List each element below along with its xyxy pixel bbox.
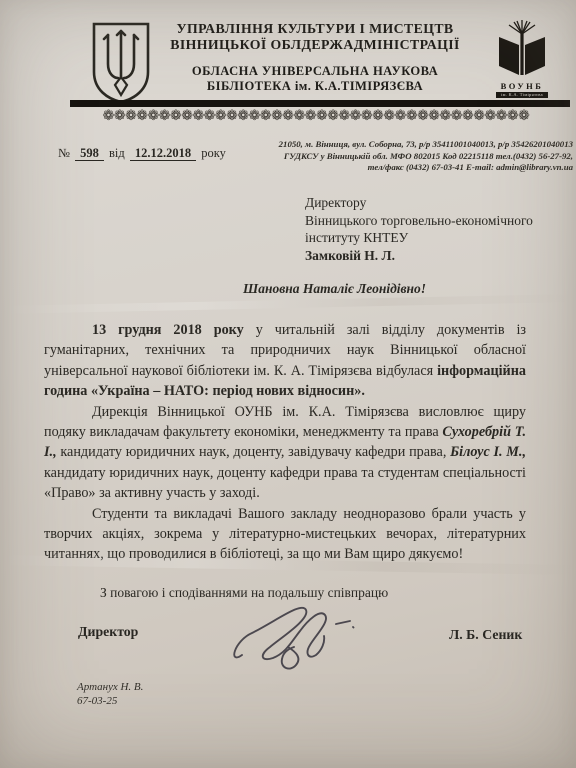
recipient-org: Вінницького торговельно-економічного [305, 212, 533, 230]
trident-emblem-icon [88, 20, 154, 106]
signer-title: Директор [78, 624, 138, 640]
org-name: УПРАВЛІННЯ КУЛЬТУРИ І МИСТЕЦТВ ВІННИЦЬКО… [156, 21, 474, 52]
recipient-block: Директору Вінницького торговельно-економ… [305, 194, 533, 264]
library-name-line2: БІБЛІОТЕКА ім. К.А.ТІМІРЯЗЄВА [156, 79, 474, 94]
paragraph-2: Дирекція Вінницької ОУНБ ім. К.А. Тіміря… [44, 402, 526, 504]
letter-body: 13 грудня 2018 року у читальній залі від… [44, 320, 526, 565]
org-name-line1: УПРАВЛІННЯ КУЛЬТУРИ І МИСТЕЦТВ [156, 21, 474, 37]
logo-caption: ім. К.А. Тімірязєва [496, 92, 548, 98]
contact-line-address: 21050, м. Вінниця, вул. Соборна, 73, р/р… [237, 139, 573, 151]
salutation: Шановна Наталіє Леонідівно! [243, 281, 426, 297]
ornament-border: ❁❁❁❁❁❁❁❁❁❁❁❁❁❁❁❁❁❁❁❁❁❁❁❁❁❁❁❁❁❁❁❁❁❁❁❁❁❁ [60, 108, 572, 130]
ref-no-label: № [58, 146, 70, 160]
recipient-role: Директору [305, 194, 533, 212]
contact-line-bank: ГУДКСУ у Вінницькій обл. МФО 802015 Код … [237, 151, 573, 163]
signer-name: Л. Б. Сеник [449, 627, 522, 643]
library-name-line1: ОБЛАСНА УНІВЕРСАЛЬНА НАУКОВА [156, 64, 474, 79]
library-name: ОБЛАСНА УНІВЕРСАЛЬНА НАУКОВА БІБЛІОТЕКА … [156, 64, 474, 94]
logo-acronym: ВОУНБ [487, 81, 557, 91]
contact-info: 21050, м. Вінниця, вул. Соборна, 73, р/р… [237, 139, 573, 174]
recipient-institute: інституту КНТЕУ [305, 229, 533, 247]
ref-number: 598 [75, 146, 104, 161]
paragraph-1: 13 грудня 2018 року у читальній залі від… [44, 320, 526, 402]
recipient-name: Замковій Н. Л. [305, 247, 533, 265]
executor-name: Артанух Н. В. [77, 681, 143, 695]
executor-block: Артанух Н. В. 67-03-25 [77, 681, 143, 708]
ref-year-word: року [201, 146, 226, 160]
divider-bar [70, 100, 570, 107]
executor-phone: 67-03-25 [77, 695, 143, 709]
org-name-line2: ВІННИЦЬКОЇ ОБЛДЕРЖАДМІНІСТРАЦІЇ [156, 37, 474, 53]
signature-scribble [226, 597, 358, 677]
ref-number-line: № 598 від 12.12.2018 року [58, 146, 226, 161]
paragraph-3: Студенти та викладачі Вашого закладу нео… [44, 504, 526, 565]
library-logo-icon [488, 17, 556, 77]
library-logo: ВОУНБ ім. К.А. Тімірязєва [487, 17, 557, 105]
ref-date: 12.12.2018 [130, 146, 196, 161]
letter-photo: УПРАВЛІННЯ КУЛЬТУРИ І МИСТЕЦТВ ВІННИЦЬКО… [0, 0, 576, 768]
ref-preposition: від [109, 146, 125, 160]
contact-line-phone-email: тел/факс (0432) 67-03-41 E-mail: admin@l… [237, 162, 573, 174]
